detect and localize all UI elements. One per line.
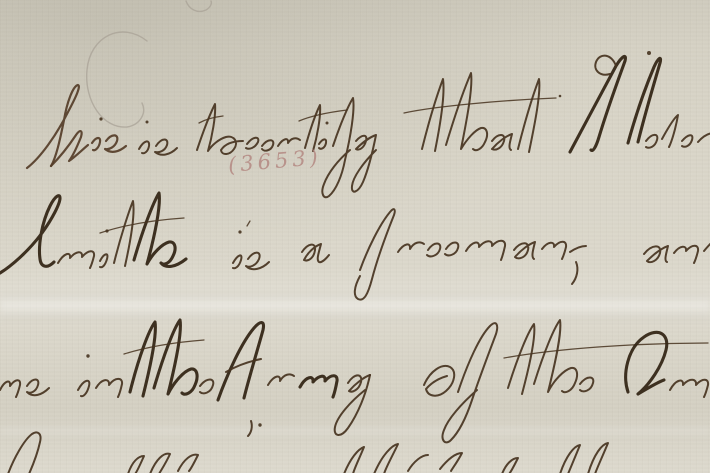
ink-stroke — [197, 104, 243, 154]
ink-stroke — [344, 444, 398, 473]
manuscript-page: (3653) This is to certify that Thilie Sm… — [0, 0, 710, 473]
ink-stroke — [114, 201, 134, 266]
ink-stroke — [302, 244, 329, 262]
ink-stroke — [580, 378, 593, 392]
ink-stroke — [335, 375, 370, 435]
ink-stroke — [534, 320, 577, 392]
ink-stroke — [542, 242, 586, 259]
ink-stroke — [446, 73, 487, 150]
ink-stroke — [258, 423, 261, 426]
ink-stroke — [646, 115, 710, 148]
handwriting-line-4-partial — [8, 421, 608, 473]
ink-stroke — [96, 379, 122, 397]
ink-stroke — [427, 244, 440, 257]
ink-stroke — [27, 85, 79, 168]
ink-stroke — [299, 110, 347, 121]
ink-stroke — [326, 122, 329, 125]
ink-stroke — [238, 230, 241, 233]
ink-stroke — [146, 121, 149, 124]
ink-stroke — [78, 381, 89, 396]
ink-stroke — [355, 209, 395, 299]
ink-stroke — [278, 138, 300, 146]
ink-stroke — [99, 117, 102, 120]
pencil-marks — [87, 1, 212, 127]
ink-stroke — [572, 262, 577, 284]
ink-stroke — [199, 116, 223, 123]
ink-stroke — [246, 138, 258, 149]
ink-stroke — [128, 454, 198, 473]
ink-stroke — [626, 332, 667, 394]
handwriting-layer — [0, 0, 710, 473]
ink-stroke — [560, 443, 608, 473]
ink-stroke — [466, 241, 505, 260]
ink-stroke — [504, 343, 708, 358]
ink-stroke — [408, 453, 462, 471]
handwriting-line-2 — [0, 193, 710, 300]
ink-stroke — [422, 79, 444, 151]
ink-stroke — [404, 98, 556, 113]
ink-stroke — [492, 134, 512, 150]
ink-stroke — [628, 58, 661, 143]
ink-stroke — [233, 253, 269, 270]
ink-stroke — [644, 238, 710, 263]
ink-stroke — [445, 243, 458, 256]
ink-stroke — [0, 380, 49, 398]
ink-stroke — [514, 242, 535, 259]
ink-stroke — [92, 135, 126, 151]
ink-stroke — [518, 79, 539, 152]
ink-stroke — [100, 254, 107, 267]
ink-stroke — [398, 242, 424, 252]
ink-stroke — [247, 221, 250, 226]
ink-stroke — [87, 32, 147, 127]
ink-stroke — [58, 251, 94, 268]
ink-stroke — [424, 366, 454, 396]
ink-stroke — [130, 322, 155, 396]
ink-stroke — [86, 354, 89, 357]
ink-stroke — [134, 193, 186, 266]
ink-stroke — [305, 105, 320, 151]
handwriting-line-3 — [0, 320, 708, 442]
ink-stroke — [647, 51, 651, 55]
ink-stroke — [300, 376, 337, 397]
ink-stroke — [352, 135, 376, 192]
ink-stroke — [186, 1, 211, 11]
ink-stroke — [559, 95, 562, 98]
ink-stroke — [218, 323, 264, 400]
ink-stroke — [443, 323, 498, 442]
ink-stroke — [8, 432, 41, 473]
ink-stroke — [670, 380, 708, 397]
ink-stroke — [502, 458, 518, 473]
ink-stroke — [0, 196, 60, 273]
ink-stroke — [139, 140, 177, 155]
ink-stroke — [508, 324, 534, 394]
ink-stroke — [268, 374, 294, 385]
ink-stroke — [200, 380, 213, 394]
ink-stroke — [248, 421, 252, 436]
ink-stroke — [154, 320, 197, 394]
